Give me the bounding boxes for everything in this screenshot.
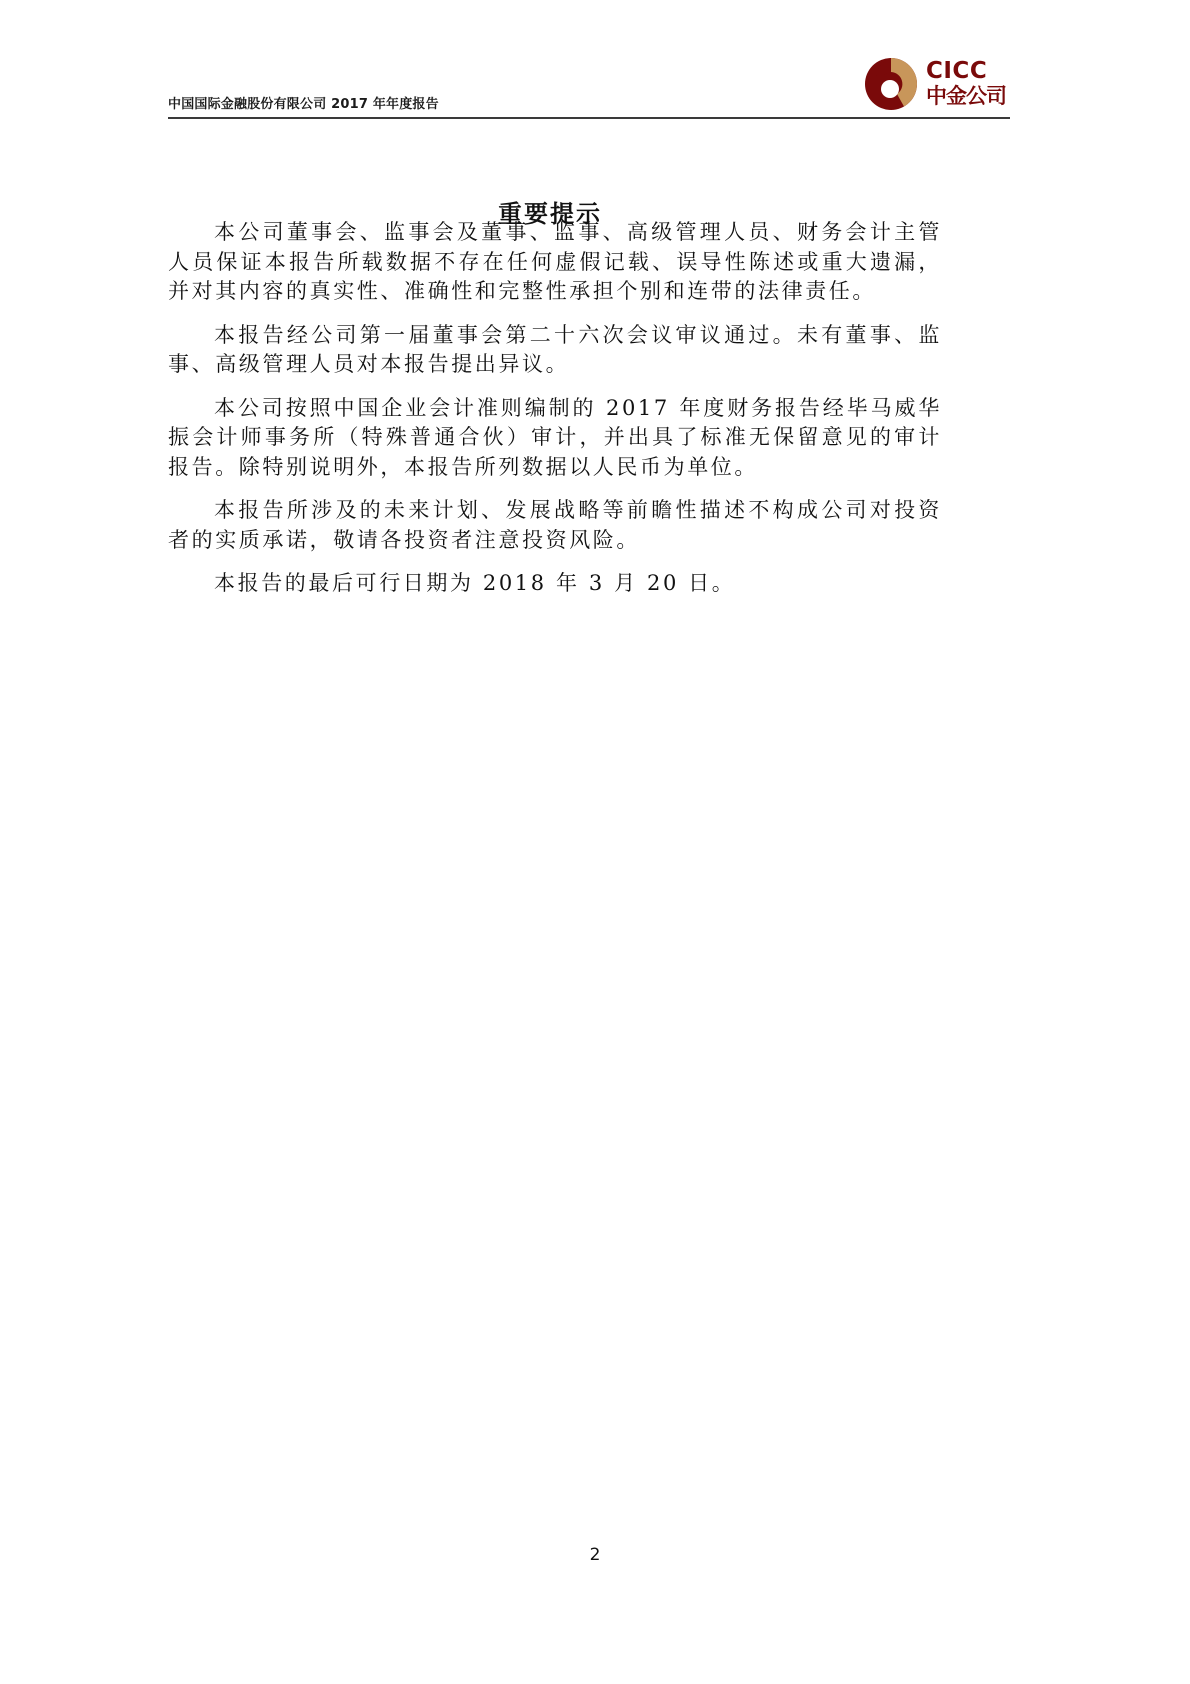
page-number: 2 (0, 1545, 1190, 1565)
paragraph-forward-looking: 本报告所涉及的未来计划、发展战略等前瞻性描述不构成公司对投资者的实质承诺，敬请各… (168, 496, 942, 555)
paragraph-latest-practicable-date: 本报告的最后可行日期为 2018 年 3 月 20 日。 (168, 569, 942, 599)
header-divider (168, 117, 1010, 119)
cicc-logo: CICC 中金公司 (864, 57, 1014, 113)
logo-text-english: CICC (926, 59, 987, 83)
logo-text-chinese: 中金公司 (926, 84, 1006, 108)
paragraph-audit: 本公司按照中国企业会计准则编制的 2017 年度财务报告经毕马威华振会计师事务所… (168, 394, 942, 483)
paragraph-board-approval: 本报告经公司第一届董事会第二十六次会议审议通过。未有董事、监事、高级管理人员对本… (168, 321, 942, 380)
report-header-title: 中国国际金融股份有限公司 2017 年年度报告 (168, 93, 439, 112)
cicc-logo-icon (864, 57, 918, 111)
important-notice-body: 本公司董事会、监事会及董事、监事、高级管理人员、财务会计主管人员保证本报告所载数… (168, 218, 942, 613)
paragraph-responsibility: 本公司董事会、监事会及董事、监事、高级管理人员、财务会计主管人员保证本报告所载数… (168, 218, 942, 307)
